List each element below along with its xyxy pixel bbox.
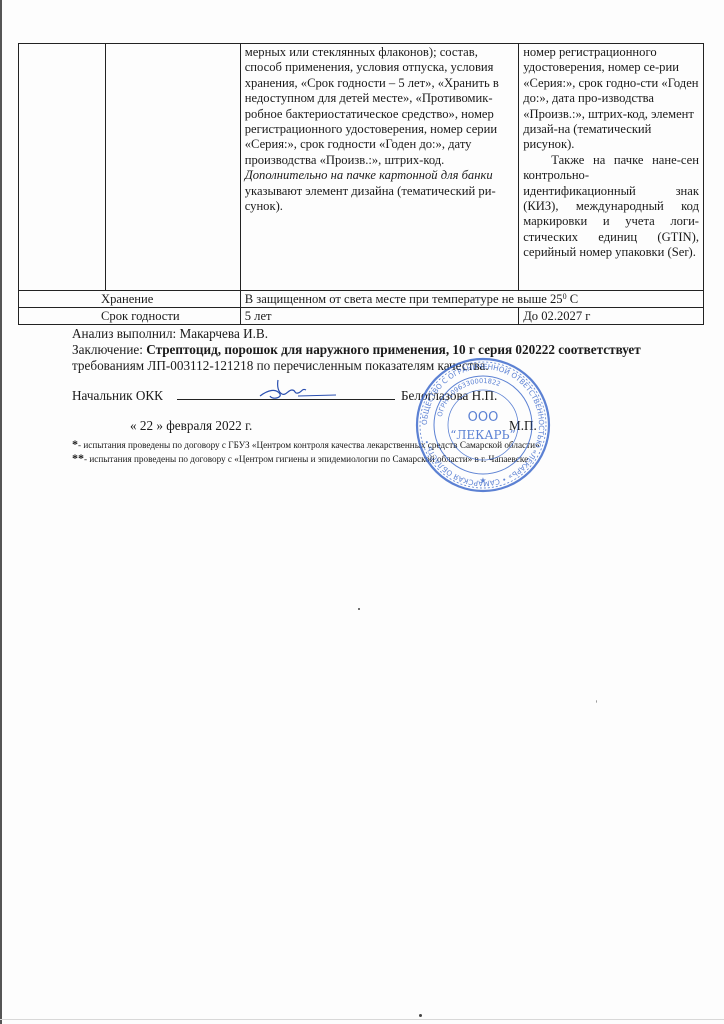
storage-value-text: В защищенном от света месте при температ… xyxy=(245,292,563,306)
table-row-shelf-life: Срок годности 5 лет До 02.2027 г xyxy=(19,308,704,325)
svg-text:ООО: ООО xyxy=(468,410,499,425)
storage-value: В защищенном от света месте при температ… xyxy=(240,291,703,308)
organization-stamp-icon: ОБЩЕСТВО С ОГРАНИЧЕННОЙ ОТВЕТСТВЕННОСТЬЮ… xyxy=(415,357,551,493)
signatory-title: Начальник ОКК xyxy=(72,388,163,403)
specification-table: мерных или стеклянных флаконов); состав,… xyxy=(18,43,704,325)
requirements-italic-note: Дополнительно на пачке картонной для бан… xyxy=(245,168,493,182)
shelf-life-requirement: 5 лет xyxy=(240,308,518,325)
conclusion-label: Заключение: xyxy=(72,342,146,357)
scan-bottom-edge xyxy=(0,1019,724,1020)
shelf-life-result: До 02.2027 г xyxy=(519,308,704,325)
table-row-continuation: мерных или стеклянных флаконов); состав,… xyxy=(19,44,704,291)
scan-speck xyxy=(358,608,360,610)
conclusion-line: Заключение: Стрептоцид, порошок для нару… xyxy=(72,342,641,358)
storage-value-unit: С xyxy=(567,292,579,306)
footnote-mark: ** xyxy=(72,451,84,465)
storage-label-text: Хранение xyxy=(101,292,153,306)
requirements-tail: указывают элемент дизайна (тематический … xyxy=(245,184,496,213)
analyst-line: Анализ выполнил: Макарчева И.В. xyxy=(72,326,268,342)
cell-method xyxy=(105,44,240,291)
cell-requirements: мерных или стеклянных флаконов); состав,… xyxy=(240,44,518,291)
signature-date: « 22 » февраля 2022 г. xyxy=(130,418,252,434)
handwritten-signature-icon xyxy=(258,376,338,402)
shelf-life-label-text: Срок годности xyxy=(101,309,180,323)
requirements-text: мерных или стеклянных флаконов); состав,… xyxy=(245,45,499,167)
degree-superscript: 0 xyxy=(563,292,567,301)
cell-indicator xyxy=(19,44,106,291)
scan-left-edge xyxy=(0,0,2,1024)
svg-text:“ЛЕКАРЬ”: “ЛЕКАРЬ” xyxy=(450,428,516,442)
result-paragraph-1: номер регистрационного удостоверения, но… xyxy=(523,45,699,153)
svg-text:★: ★ xyxy=(479,476,486,485)
scan-speck xyxy=(419,1014,422,1017)
conclusion-bold: Стрептоцид, порошок для наружного примен… xyxy=(146,342,641,357)
cell-result: номер регистрационного удостоверения, но… xyxy=(519,44,704,291)
scan-speck xyxy=(596,700,597,703)
shelf-life-label: Срок годности xyxy=(19,308,241,325)
storage-label: Хранение xyxy=(19,291,241,308)
result-paragraph-2: Также на пачке нане-сен контрольно-идент… xyxy=(523,153,699,261)
table-row-storage: Хранение В защищенном от света месте при… xyxy=(19,291,704,308)
